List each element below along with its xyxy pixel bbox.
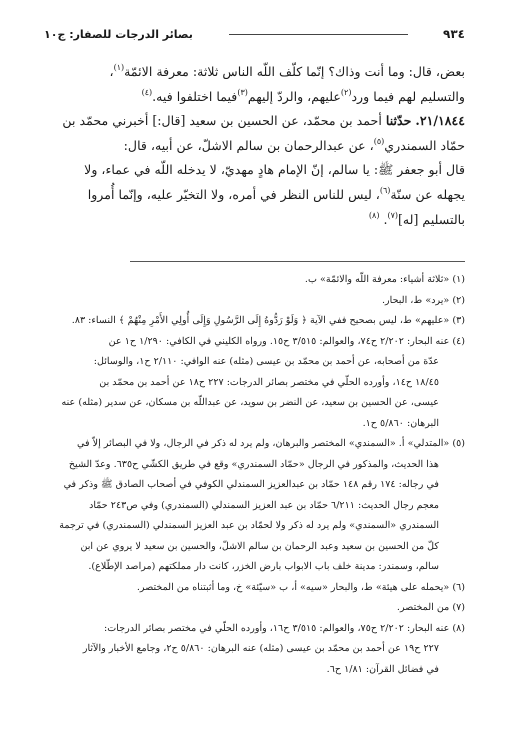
footnotes: (١) «ثلاثة أشياء: معرفة اللّه والائمّة» … (44, 270, 465, 680)
footnote-ref[interactable]: (٧) (387, 211, 398, 220)
footnote-1: (١) «ثلاثة أشياء: معرفة اللّه والائمّة» … (44, 270, 465, 291)
footnote-6: (٦) «يحمله على هيئة» ط، والبحار «سيه» أ،… (44, 578, 465, 599)
text-line: بالتسليم [له](٧). (٨) (44, 208, 465, 233)
footnote-8: (٨) عنه البحار: ٢/٢٠٢ ح٧٥، والعوالم: ٣/٥… (44, 619, 465, 681)
hadith-label: حدّثنا (386, 113, 412, 128)
footnote-ref[interactable]: (١) (114, 63, 125, 72)
text-line: حمّاد السمندري(٥)، عن عبدالرحمان بن سالم… (44, 134, 465, 159)
footnote-ref[interactable]: (٥) (374, 137, 385, 146)
footnote-ref[interactable]: (٦) (380, 186, 391, 195)
running-header: ٩٣٤ بصائر الدرجات للصفار: ج١٠ (44, 26, 465, 42)
text-line: يجهله عن سنّة(٦)، ليس للناس النظر في أمر… (44, 183, 465, 208)
hadith-number: ٢١/١٨٤٤. (415, 113, 465, 128)
header-rule (229, 34, 408, 35)
footnote-ref[interactable]: (٣) (237, 88, 248, 97)
footnote-ref[interactable]: (٢) (341, 88, 352, 97)
footnote-separator (130, 261, 465, 262)
footnote-2: (٢) «يرد» ط، البحار. (44, 291, 465, 312)
footnote-7: (٧) من المختصر. (44, 598, 465, 619)
footnote-ref[interactable]: (٨) (369, 211, 380, 220)
footnote-ref[interactable]: (٤) (142, 88, 153, 97)
hadith-heading-line: ٢١/١٨٤٤. حدّثنا أحمد بن محمّد، عن الحسين… (44, 109, 465, 134)
main-text: بعض، قال: وما أنت وذاك؟ إنّما كلّف اللّه… (44, 60, 465, 232)
page-number: ٩٣٤ (443, 27, 465, 41)
footnote-5: (٥) «المتدلي» أ. «السمندي» المختصر والبر… (44, 434, 465, 578)
book-title: بصائر الدرجات للصفار: ج١٠ (44, 28, 193, 41)
book-page: ٩٣٤ بصائر الدرجات للصفار: ج١٠ بعض، قال: … (0, 0, 515, 752)
text-line: قال أبو جعفر ﷺ: يا سالم، إنّ الإمام هادٍ… (44, 158, 465, 183)
footnote-3: (٣) «عليهم» ط، ليس بصحيح ففي الآية ﴿ وَل… (44, 311, 465, 332)
footnote-4: (٤) عنه البحار: ٢/٢٠٢ ح٧٤، والعوالم: ٣/٥… (44, 332, 465, 435)
text-line: بعض، قال: وما أنت وذاك؟ إنّما كلّف اللّه… (44, 60, 465, 85)
text-line: والتسليم لهم فيما ورد(٢)عليهم، والردّ إل… (44, 85, 465, 110)
